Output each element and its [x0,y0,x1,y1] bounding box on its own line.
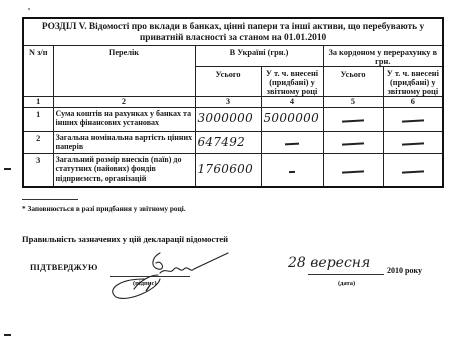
row-number: 1 [23,107,53,131]
header-abroad-total: Усього [323,66,383,96]
scan-speck [28,8,30,10]
dash-mark [402,170,424,173]
margin-mark [4,334,11,336]
abroad-acquired-value [383,153,443,187]
row-number: 2 [23,131,53,153]
abroad-total-value [323,107,383,131]
dash-mark [342,119,364,122]
signature-caption: (підпис) [133,280,157,287]
dash-mark [402,119,424,122]
margin-mark [4,168,11,170]
correctness-statement: Правильність зазначених у цій декларації… [22,234,228,244]
ua-total-value: 647492 [195,131,261,153]
col-number-6: 6 [383,96,443,107]
header-list: Перелік [53,45,195,96]
abroad-acquired-value [383,131,443,153]
table-row: 3 Загальний розмір внесків (паїв) до ста… [23,153,443,187]
col-number-3: 3 [195,96,261,107]
year-text: 2010 року [387,266,422,275]
ua-acquired-value [261,131,323,153]
ua-acquired-value [261,153,323,187]
row-label: Сума коштів на рахунках у банках та інши… [53,107,195,131]
col-number-4: 4 [261,96,323,107]
assets-table: РОЗДІЛ V. Відомості про вклади в банках,… [22,17,444,188]
ua-total-value: 1760600 [195,153,261,187]
date-caption: (дата) [338,280,355,287]
section-title: РОЗДІЛ V. Відомості про вклади в банках,… [23,18,443,45]
header-n: N з/п [23,45,53,96]
abroad-total-value [323,131,383,153]
confirm-label: ПІДТВЕРДЖУЮ [30,263,98,272]
dash-mark [289,171,295,173]
dash-mark [342,170,364,173]
declaration-page: РОЗДІЛ V. Відомості про вклади в банках,… [0,0,450,360]
table-row: 2 Загальна номінальна вартість цінних па… [23,131,443,153]
header-ua-acquired: У т. ч. внесені (придбані) у звітному ро… [261,66,323,96]
header-ukraine: В Україні (грн.) [195,45,323,66]
header-abroad-acquired: У т. ч. внесені (придбані) у звітному ро… [383,66,443,96]
dash-mark [342,142,364,145]
signature-icon [100,245,235,305]
header-ua-total: Усього [195,66,261,96]
col-number-5: 5 [323,96,383,107]
ua-total-value: 3000000 [195,107,261,131]
abroad-total-value [323,153,383,187]
handwritten-date: 28 вересня [288,255,370,271]
table-row: 1 Сума коштів на рахунках у банках та ін… [23,107,443,131]
footnote: * Заповнюється в разі придбання у звітно… [22,204,186,213]
abroad-acquired-value [383,107,443,131]
header-abroad: За кордоном у перерахунку в грн. [323,45,443,66]
col-number-2: 2 [53,96,195,107]
dash-mark [402,142,424,145]
row-label: Загальна номінальна вартість цінних папе… [53,131,195,153]
column-numbers-row: 1 2 3 4 5 6 [23,96,443,107]
ua-acquired-value: 5000000 [261,107,323,131]
row-label: Загальний розмір внесків (паїв) до стату… [53,153,195,187]
date-line [308,274,384,275]
col-number-1: 1 [23,96,53,107]
dash-mark [285,143,299,145]
footnote-divider [22,199,78,200]
row-number: 3 [23,153,53,187]
